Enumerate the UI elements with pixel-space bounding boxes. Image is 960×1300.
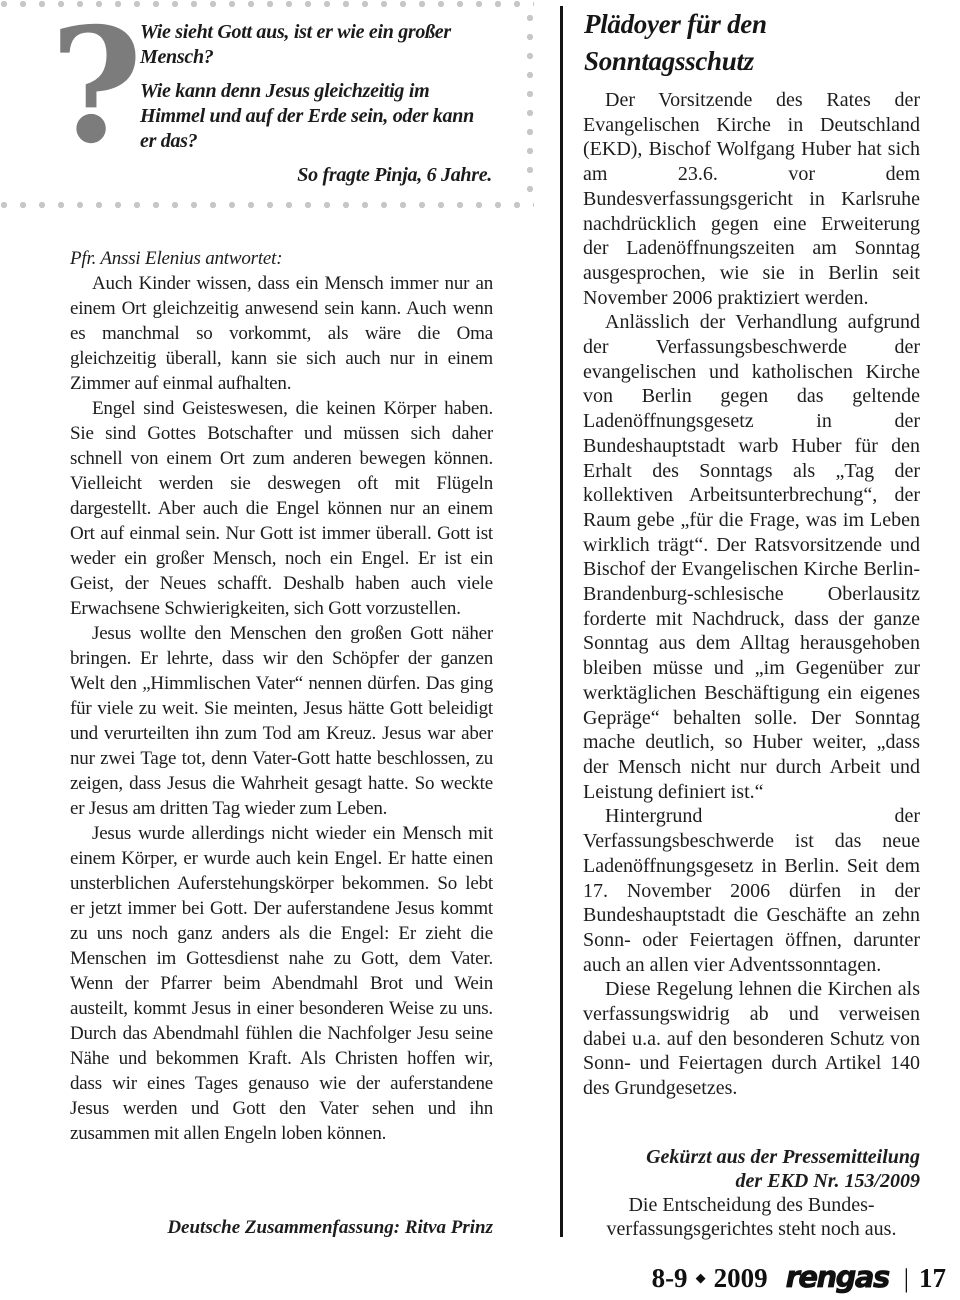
- article-intro-line: Pfr. Anssi Elenius antwortet:: [70, 246, 493, 271]
- question-line: Wie kann denn Jesus gleichzeitig im Himm…: [140, 79, 492, 154]
- signature-note-line: Die Entscheidung des Bundes-: [583, 1193, 920, 1217]
- paragraph: Engel sind Geisteswesen, die keinen Körp…: [70, 396, 493, 621]
- article-title-line: Sonntagsschutz: [584, 43, 914, 80]
- signature-source-line: der EKD Nr. 153/2009: [583, 1169, 920, 1193]
- article-title: Plädoyer für den Sonntagsschutz: [584, 6, 914, 80]
- article-right: Der Vorsitzende des Rates der Evangelisc…: [583, 88, 920, 1118]
- paragraph: Anlässlich der Verhandlung aufgrund der …: [583, 310, 920, 804]
- question-text: Wie sieht Gott aus, ist er wie ein große…: [140, 20, 492, 188]
- signature-note-line: verfassungsgerichtes steht noch aus.: [583, 1217, 920, 1241]
- dotted-border-right: [526, 14, 534, 200]
- question-attribution: So fragte Pinja, 6 Jahre.: [140, 163, 492, 188]
- diamond-icon: ◆: [696, 1271, 706, 1284]
- question-mark-graphic: ?: [50, 8, 143, 166]
- article-left: Pfr. Anssi Elenius antwortet: Auch Kinde…: [70, 246, 493, 1211]
- left-article-signature: Deutsche Zusammenfassung: Ritva Prinz: [70, 1215, 493, 1240]
- article-title-line: Plädoyer für den: [584, 6, 914, 43]
- issue-number: 8-9: [652, 1263, 688, 1294]
- column-divider-line: [560, 6, 563, 1237]
- paragraph: Jesus wollte den Menschen den großen Got…: [70, 621, 493, 821]
- paragraph: Diese Regelung lehnen die Kirchen als ve…: [583, 977, 920, 1101]
- right-article-signature: Gekürzt aus der Pressemitteilung der EKD…: [583, 1145, 920, 1241]
- magazine-page: ? Wie sieht Gott aus, ist er wie ein gro…: [0, 0, 960, 1300]
- paragraph: Auch Kinder wissen, dass ein Mensch imme…: [70, 271, 493, 396]
- signature-source-line: Gekürzt aus der Pressemitteilung: [583, 1145, 920, 1169]
- magazine-logo: rengas: [786, 1260, 889, 1294]
- issue-year: 2009: [714, 1263, 768, 1294]
- paragraph: Jesus wurde allerdings nicht wieder ein …: [70, 821, 493, 1146]
- page-footer: 8-9 ◆ 2009 rengas | 17: [0, 1260, 946, 1294]
- footer-divider: |: [904, 1264, 909, 1294]
- page-number: 17: [919, 1263, 946, 1294]
- paragraph: Hintergrund der Verfassungsbeschwerde is…: [583, 804, 920, 977]
- paragraph: Der Vorsitzende des Rates der Evangelisc…: [583, 88, 920, 310]
- question-line: Wie sieht Gott aus, ist er wie ein große…: [140, 20, 492, 70]
- dotted-border-bottom: [0, 201, 534, 209]
